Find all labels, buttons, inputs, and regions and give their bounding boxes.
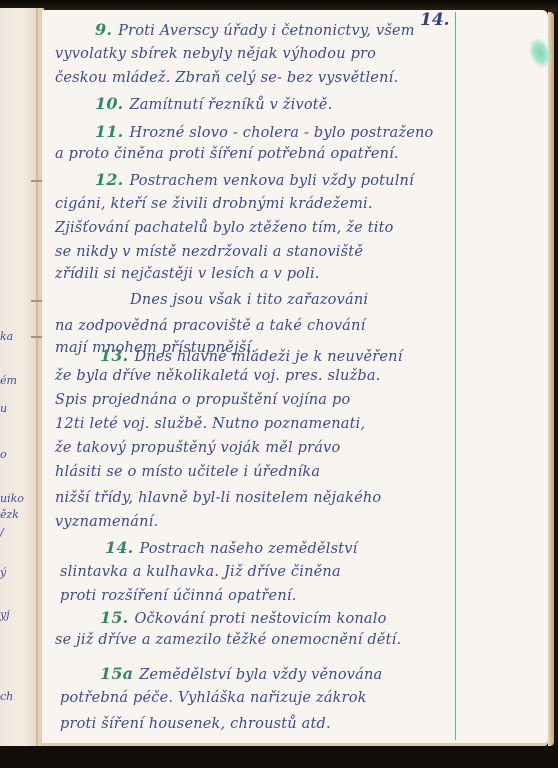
text-line: Hrozné slovo - cholera - bylo postraženo	[129, 125, 433, 141]
item-12-line: zřídili si nejčastěji v lesích a v poli.	[55, 266, 320, 282]
item-13-line: hlásiti se o místo učitele i úředníka	[55, 464, 320, 480]
left-page-fragment: ém	[0, 374, 17, 387]
item-number: 14.	[105, 538, 133, 557]
item-12-line: cigáni, kteří se živili drobnými krádeže…	[55, 196, 373, 212]
item-9-line: vyvolatky sbírek nebyly nějak výhodou pr…	[55, 46, 376, 62]
item-number: 13.	[100, 346, 128, 365]
item-11-line: a proto činěna proti šíření potřebná opa…	[55, 146, 399, 162]
item-13-line: nižší třídy, hlavně byl-li nositelem něj…	[55, 490, 381, 506]
text-line: Postrach našeho zemědělství	[139, 541, 357, 557]
item-14-line: slintavka a kulhavka. Již dříve činěna	[60, 564, 341, 580]
text-line: Očkování proti neštovicím konalo	[134, 611, 386, 627]
item-number: 9.	[95, 20, 112, 39]
item-13-line: že byla dříve několikaletá voj. pres. sl…	[55, 368, 381, 384]
text-line: Zamítnutí řezníků v životě.	[129, 97, 332, 113]
left-page-fragment: ězk	[0, 508, 19, 521]
left-page-fragment: yj	[0, 608, 10, 621]
left-page-fragment: ka	[0, 330, 13, 343]
chronicle-book: ka ém u o uiko ězk / ý yj ch 14. 9.Proti…	[0, 0, 558, 752]
item-15a-line: potřebná péče. Vyhláška nařizuje zákrok	[60, 690, 367, 706]
margin-line	[455, 12, 456, 740]
item-13-line: 13.Dnes hlavně mládeži je k neuvěření	[100, 346, 403, 365]
text-line: Proti Averscy úřady i četnonictvy, všem	[118, 23, 415, 39]
item-10-line: 10.Zamítnutí řezníků v životě.	[95, 94, 332, 113]
item-14-line: 14.Postrach našeho zemědělství	[105, 538, 357, 557]
item-11-line: 11.Hrozné slovo - cholera - bylo postraž…	[95, 122, 433, 141]
item-number: 15.	[100, 608, 128, 627]
item-13-line: Spis projednána o propuštění vojína po	[55, 392, 350, 408]
item-9-line: českou mládež. Zbraň celý se- bez vysvět…	[55, 70, 398, 86]
item-12-line: 12.Postrachem venkova byli vždy potulní	[95, 170, 414, 189]
item-12-line: na zodpovědná pracoviště a také chování	[55, 318, 365, 334]
item-13-line: 12ti leté voj. službě. Nutno poznamenati…	[55, 416, 365, 432]
item-15a-line: proti šíření housenek, chroustů atd.	[60, 716, 331, 732]
item-number: 12.	[95, 170, 123, 189]
bottom-shadow	[0, 746, 558, 768]
text-line: Postrachem venkova byli vždy potulní	[129, 173, 413, 189]
left-page-fragment: uiko	[0, 492, 24, 505]
left-page-fragment: ý	[0, 566, 6, 579]
item-number: 15a	[100, 664, 133, 683]
text-line: Dnes hlavně mládeži je k neuvěření	[134, 349, 402, 365]
text-line: Zemědělství byla vždy věnována	[139, 667, 382, 683]
left-page-fragment: o	[0, 448, 7, 461]
item-13-line: že takový propuštěný voják měl právo	[55, 440, 340, 456]
item-15-line: 15.Očkování proti neštovicím konalo	[100, 608, 387, 627]
item-14-line: proti rozšíření účinná opatření.	[60, 588, 297, 604]
left-page-fragment: /	[0, 526, 4, 539]
item-15-line: se již dříve a zamezilo těžké onemocnění…	[55, 632, 401, 648]
page-edge	[548, 12, 554, 746]
item-13-line: vyznamenání.	[55, 514, 158, 530]
item-number: 10.	[95, 94, 123, 113]
left-page-fragment: ch	[0, 690, 13, 703]
item-12-line: Dnes jsou však i tito zařazováni	[130, 292, 368, 308]
page-number: 14.	[420, 10, 450, 30]
left-page-fragment: u	[0, 402, 7, 415]
item-9-line: 9.Proti Averscy úřady i četnonictvy, vše…	[95, 20, 415, 39]
item-number: 11.	[95, 122, 123, 141]
item-12-line: Zjišťování pachatelů bylo ztěženo tím, ž…	[55, 220, 394, 236]
item-12-line: se nikdy v místě nezdržovali a stanovišt…	[55, 244, 363, 260]
item-15a-line: 15aZemědělství byla vždy věnována	[100, 664, 382, 683]
